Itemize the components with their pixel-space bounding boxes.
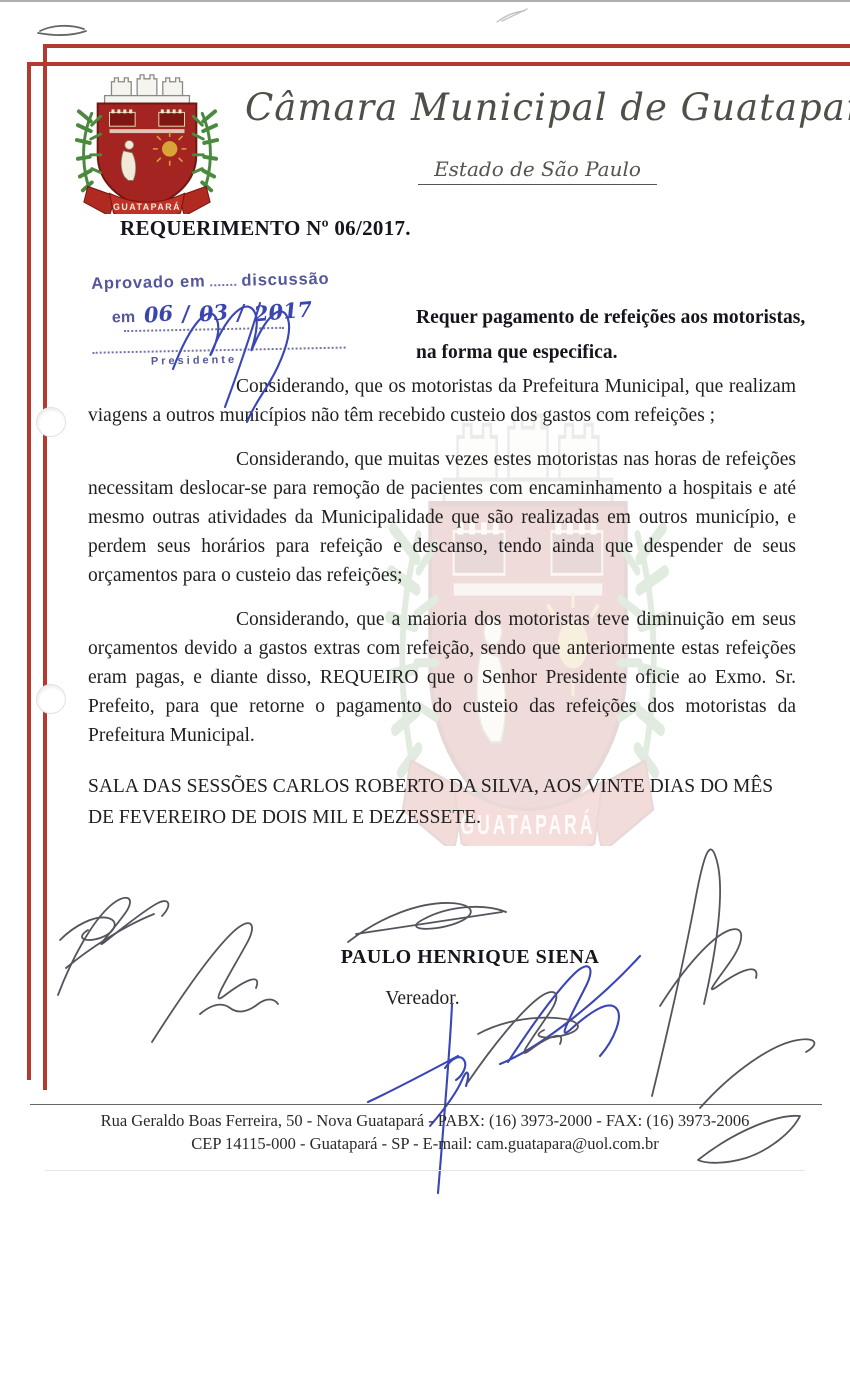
border-line-left-inner: [43, 44, 47, 1090]
footer: Rua Geraldo Boas Ferreira, 50 - Nova Gua…: [0, 1109, 850, 1155]
scanned-document: Câmara Municipal de Guatapará Estado de …: [0, 0, 850, 1400]
handwritten-year: 2017: [253, 296, 313, 326]
org-title: Câmara Municipal de Guatapará: [245, 86, 830, 129]
body-paragraph: Considerando, que muitas vezes estes mot…: [88, 445, 796, 590]
coat-of-arms-logo: [58, 66, 236, 214]
pen-mark-top-left: [38, 26, 86, 35]
stamp-em-label: em: [112, 309, 135, 327]
approval-stamp: Aprovado em discussão em 06 / 03 / 2017 …: [91, 269, 363, 369]
handwritten-month: 03: [198, 299, 229, 327]
stamp-discussion-label: discussão: [241, 270, 329, 291]
footer-faint-line: [45, 1170, 805, 1171]
letterhead: Câmara Municipal de Guatapará Estado de …: [245, 86, 830, 185]
stamp-president-label: Presidente: [151, 351, 363, 367]
closing-paragraph: SALA DAS SESSÕES CARLOS ROBERTO DA SILVA…: [88, 771, 796, 833]
punch-hole: [36, 684, 66, 714]
document-number: REQUERIMENTO Nº 06/2017.: [120, 216, 411, 241]
handwritten-day: 06: [143, 300, 174, 328]
border-line-top-outer: [43, 44, 850, 48]
pen-mark-top-right: [497, 9, 527, 22]
border-line-left-outer: [27, 62, 31, 1080]
author-name: PAULO HENRIQUE SIENA: [280, 946, 660, 969]
handwritten-separator: /: [236, 299, 246, 325]
scan-edge: [0, 0, 850, 2]
stamp-dotted-space: [210, 272, 236, 287]
handwritten-separator: /: [181, 301, 191, 327]
footer-contact: CEP 14115-000 - Guatapará - SP - E-mail:…: [0, 1132, 850, 1155]
body-paragraph: Considerando, que os motoristas da Prefe…: [88, 372, 796, 430]
footer-divider: [30, 1104, 822, 1105]
punch-hole: [36, 407, 66, 437]
stamp-approved-label: Aprovado em: [91, 272, 206, 293]
stamp-line-approved: Aprovado em discussão: [91, 269, 361, 294]
author-role: Vereador.: [280, 988, 565, 1010]
org-subtitle: Estado de São Paulo: [418, 157, 657, 185]
document-body: Considerando, que os motoristas da Prefe…: [88, 372, 796, 848]
subject-summary: Requer pagamento de refeições aos motori…: [416, 300, 808, 370]
stamp-line-date: em 06 / 03 / 2017: [112, 297, 362, 327]
footer-address: Rua Geraldo Boas Ferreira, 50 - Nova Gua…: [0, 1109, 850, 1132]
body-paragraph: Considerando, que a maioria dos motorist…: [88, 605, 796, 750]
